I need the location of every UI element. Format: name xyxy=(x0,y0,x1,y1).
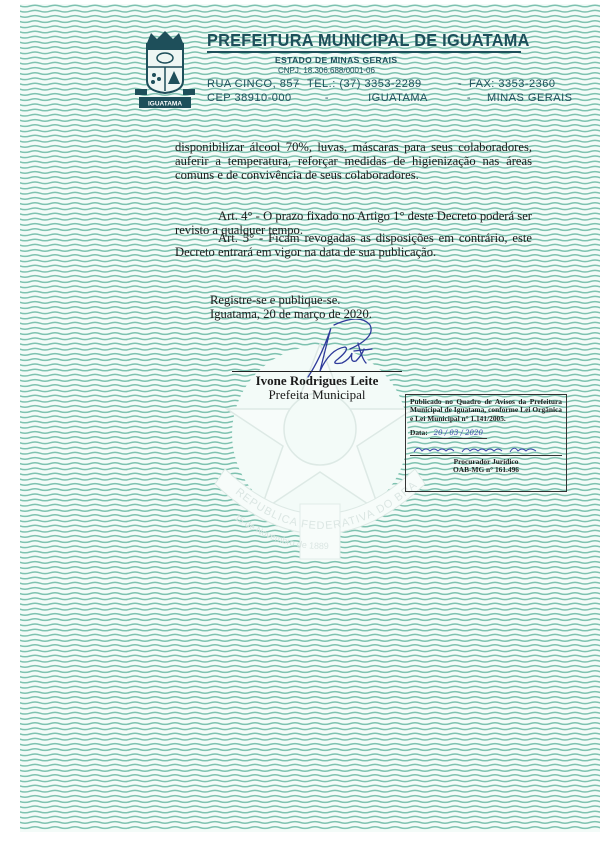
article-5: Art. 5° - Ficam revogadas as disposições… xyxy=(175,231,532,259)
separator: - xyxy=(289,78,307,90)
stamp-oab-number: OAB-MG n° 161.496 xyxy=(410,466,562,474)
stamp-date-label: Data: xyxy=(410,429,428,437)
telephone: TEL.: (37) 3353-2289 xyxy=(307,78,451,90)
fax: FAX: 3353-2360 xyxy=(469,78,556,90)
postal-code: CEP 38910-000 xyxy=(207,92,309,104)
document-page: REPUBLICA FEDERATIVA DO BRASIL 15 de Nov… xyxy=(20,4,600,832)
stamp-signature xyxy=(410,443,562,456)
address-line-2: CEP 38910-000 - IGUATAMA - MINAS GERAIS xyxy=(207,92,572,104)
cnpj-label: CNPJ: 18.306.688/0001-06 xyxy=(278,66,375,75)
street-address: RUA CINCO, 857 xyxy=(207,78,289,90)
stamp-date-row: Data: 20 / 03 / 2020 xyxy=(410,429,562,438)
municipality-title: PREFEITURA MUNICIPAL DE IGUATAMA xyxy=(207,30,530,51)
signer-role: Prefeita Municipal xyxy=(232,387,402,403)
stamp-text: Publicado no Quadro de Avisos da Prefeit… xyxy=(410,398,562,423)
city: IGUATAMA xyxy=(345,92,451,104)
paragraph-continuation: disponibilizar álcool 70%, luvas, máscar… xyxy=(175,140,532,182)
state: MINAS GERAIS xyxy=(487,92,572,104)
separator: - xyxy=(309,92,345,104)
svg-text:IGUATAMA: IGUATAMA xyxy=(148,101,182,108)
registration-line: Registre-se e publique-se. xyxy=(210,293,372,307)
address-line-1: RUA CINCO, 857 - TEL.: (37) 3353-2289 - … xyxy=(207,78,556,90)
handwritten-signature xyxy=(290,319,385,379)
separator: - xyxy=(451,78,469,90)
state-label: ESTADO DE MINAS GERAIS xyxy=(275,55,397,65)
publication-stamp: Publicado no Quadro de Avisos da Prefeit… xyxy=(405,394,567,492)
signature-line xyxy=(232,371,402,372)
closing-block: Registre-se e publique-se. Iguatama, 20 … xyxy=(210,293,372,321)
title-underline xyxy=(207,51,521,53)
separator: - xyxy=(451,92,487,104)
stamp-handwritten-signature xyxy=(412,443,542,455)
stamp-date-value: 20 / 03 / 2020 xyxy=(430,429,487,438)
coat-of-arms-icon: IGUATAMA xyxy=(133,29,197,111)
